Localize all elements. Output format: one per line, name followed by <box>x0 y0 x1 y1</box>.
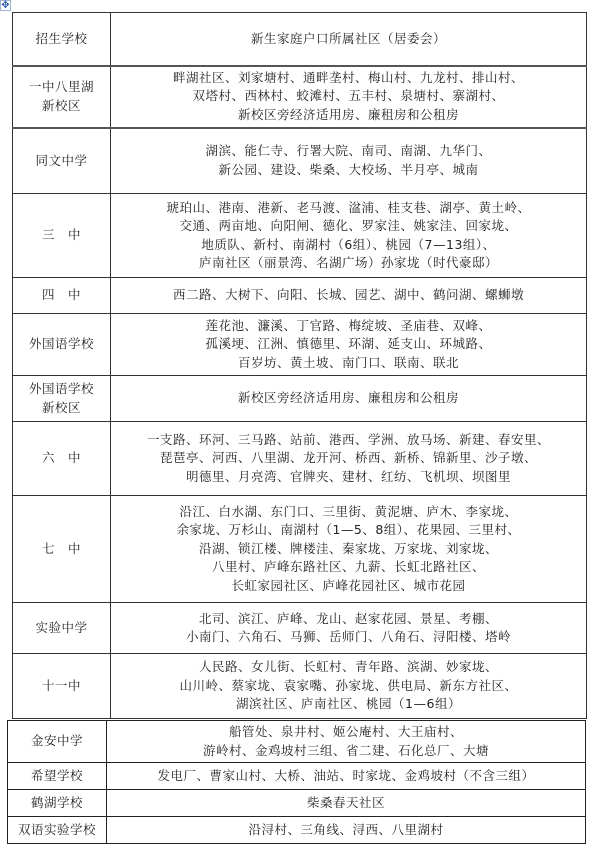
community-list-cell: 沿江、白水湖、东门口、三里街、黄泥塘、庐木、李家垅、余家垅、万杉山、南湖村（1—… <box>111 496 587 603</box>
school-name: 七 中 <box>15 540 108 559</box>
community-line: 明德里、月亮湾、官牌夹、建材、红纺、飞机坝、坝图里 <box>113 468 584 487</box>
community-line: 地质队、新村、南湖村（6组）、桃园（7—13组）、 <box>113 236 584 255</box>
table-row: 七 中沿江、白水湖、东门口、三里街、黄泥塘、庐木、李家垅、余家垅、万杉山、南湖村… <box>13 496 587 603</box>
school-name-cell: 三 中 <box>13 194 111 278</box>
community-line: 湖滨、能仁寺、行署大院、南司、南湖、九华门、 <box>113 142 584 161</box>
community-line: 新校区旁经济适用房、廉租房和公租房 <box>113 389 584 408</box>
community-list-cell: 船管处、泉井村、姬公庵村、大王庙村、游岭村、金鸡坡村三组、省二建、石化总厂、大塘 <box>107 721 586 763</box>
school-name-cell: 外国语学校 <box>13 314 111 376</box>
community-list-cell: 一支路、环河、三马路、站前、港西、学洲、放马场、新建、春安里、琵琶亭、河西、八里… <box>111 422 587 496</box>
community-list-cell: 西二路、大树下、向阳、长城、园艺、湖中、鹤问湖、螺蛳墩 <box>111 278 587 314</box>
school-name-cell: 双语实验学校 <box>8 817 107 844</box>
school-name: 实验中学 <box>15 619 108 638</box>
school-name-cell: 金安中学 <box>8 721 107 763</box>
community-line: 沿湖、锁江楼、牌楼洼、秦家垅、万家垅、刘家垅、 <box>113 540 584 559</box>
community-list-cell: 新校区旁经济适用房、廉租房和公租房 <box>111 376 587 422</box>
community-list-cell: 湖滨、能仁寺、行署大院、南司、南湖、九华门、新公园、建设、柴桑、大校场、半月亭、… <box>111 128 587 194</box>
community-line: 北司、滨江、庐峰、龙山、赵家花园、景星、考棚、 <box>113 610 584 629</box>
community-line: 交通、两亩地、向阳闸、德化、罗家洼、姚家洼、回家垅、 <box>113 217 584 236</box>
school-name: 十一中 <box>15 677 108 696</box>
community-list-cell: 发电厂、曹家山村、大桥、油站、时家垅、金鸡坡村（不含三组） <box>107 763 586 790</box>
community-line: 人民路、女儿街、长虹村、青年路、滨湖、妙家垅、 <box>113 658 584 677</box>
community-list-cell: 琥珀山、港南、港新、老马渡、湓浦、桂支巷、湖亭、黄土岭、交通、两亩地、向阳闸、德… <box>111 194 587 278</box>
community-line: 新公园、建设、柴桑、大校场、半月亭、城南 <box>113 161 584 180</box>
school-name: 鹤湖学校 <box>10 794 104 813</box>
school-name: 新校区 <box>15 97 108 116</box>
table-row: 一中八里湖新校区畔湖社区、刘家塘村、通畔垄村、梅山村、九龙村、排山村、双塔村、西… <box>13 66 587 128</box>
school-name: 四 中 <box>15 286 108 305</box>
school-name: 外国语学校 <box>15 380 108 399</box>
table-row: 十一中人民路、女儿街、长虹村、青年路、滨湖、妙家垅、山川岭、蔡家垅、袁家嘴、孙家… <box>13 654 587 719</box>
school-name: 同文中学 <box>15 152 108 171</box>
table-move-handle-icon[interactable]: ✥ <box>0 0 11 11</box>
community-list-cell: 北司、滨江、庐峰、龙山、赵家花园、景星、考棚、小南门、六角石、马狮、岳师门、八角… <box>111 603 587 654</box>
community-line: 畔湖社区、刘家塘村、通畔垄村、梅山村、九龙村、排山村、 <box>113 69 584 88</box>
school-name: 外国语学校 <box>15 335 108 354</box>
community-line: 孤溪埂、江洲、慎德里、环湖、延支山、环城路、 <box>113 335 584 354</box>
table-header-row: 招生学校 新生家庭户口所属社区（居委会） <box>13 13 587 66</box>
community-line: 新校区旁经济适用房、廉租房和公租房 <box>113 106 584 125</box>
school-name-cell: 四 中 <box>13 278 111 314</box>
community-line: 山川岭、蔡家垅、袁家嘴、孙家垅、供电局、新东方社区、 <box>113 677 584 696</box>
school-name-cell: 外国语学校新校区 <box>13 376 111 422</box>
community-line: 八里村、庐峰东路社区、九薪、长虹北路社区、 <box>113 558 584 577</box>
table-row: 外国语学校莲花池、濂溪、丁官路、梅绽坡、圣庙巷、双峰、孤溪埂、江洲、慎德里、环湖… <box>13 314 587 376</box>
school-name-cell: 鹤湖学校 <box>8 790 107 817</box>
enrollment-table: 招生学校 新生家庭户口所属社区（居委会） 一中八里湖新校区畔湖社区、刘家塘村、通… <box>12 12 587 719</box>
community-line: 双塔村、西林村、蛟滩村、五丰村、泉塘村、寨湖村、 <box>113 87 584 106</box>
community-line: 余家垅、万杉山、南湖村（1—5、8组）、花果园、三里村、 <box>113 521 584 540</box>
community-list-cell: 畔湖社区、刘家塘村、通畔垄村、梅山村、九龙村、排山村、双塔村、西林村、蛟滩村、五… <box>111 66 587 128</box>
community-line: 游岭村、金鸡坡村三组、省二建、石化总厂、大塘 <box>109 742 583 761</box>
community-line: 沿浔村、三角线、浔西、八里湖村 <box>109 821 583 840</box>
school-name: 六 中 <box>15 449 108 468</box>
community-line: 百岁坊、黄土坡、南门口、联南、联北 <box>113 354 584 373</box>
school-name-cell: 同文中学 <box>13 128 111 194</box>
community-line: 琥珀山、港南、港新、老马渡、湓浦、桂支巷、湖亭、黄土岭、 <box>113 199 584 218</box>
community-line: 柴桑春天社区 <box>109 794 583 813</box>
school-name-cell: 七 中 <box>13 496 111 603</box>
community-line: 西二路、大树下、向阳、长城、园艺、湖中、鹤问湖、螺蛳墩 <box>113 286 584 305</box>
community-line: 湖滨社区、庐南社区、桃园（1—6组） <box>113 695 584 714</box>
community-list-cell: 沿浔村、三角线、浔西、八里湖村 <box>107 817 586 844</box>
table-row: 外国语学校新校区新校区旁经济适用房、廉租房和公租房 <box>13 376 587 422</box>
table-row: 三 中琥珀山、港南、港新、老马渡、湓浦、桂支巷、湖亭、黄土岭、交通、两亩地、向阳… <box>13 194 587 278</box>
enrollment-table-continued: 金安中学船管处、泉井村、姬公庵村、大王庙村、游岭村、金鸡坡村三组、省二建、石化总… <box>7 720 586 844</box>
table-row: 六 中一支路、环河、三马路、站前、港西、学洲、放马场、新建、春安里、琵琶亭、河西… <box>13 422 587 496</box>
school-name: 金安中学 <box>10 732 104 751</box>
school-name-cell: 一中八里湖新校区 <box>13 66 111 128</box>
school-name-cell: 实验中学 <box>13 603 111 654</box>
community-line: 莲花池、濂溪、丁官路、梅绽坡、圣庙巷、双峰、 <box>113 317 584 336</box>
community-line: 船管处、泉井村、姬公庵村、大王庙村、 <box>109 723 583 742</box>
community-line: 小南门、六角石、马狮、岳师门、八角石、浔阳楼、塔岭 <box>113 628 584 647</box>
header-school: 招生学校 <box>13 13 111 66</box>
table-row: 实验中学北司、滨江、庐峰、龙山、赵家花园、景星、考棚、小南门、六角石、马狮、岳师… <box>13 603 587 654</box>
table-row: 鹤湖学校柴桑春天社区 <box>8 790 586 817</box>
table-row: 金安中学船管处、泉井村、姬公庵村、大王庙村、游岭村、金鸡坡村三组、省二建、石化总… <box>8 721 586 763</box>
community-list-cell: 柴桑春天社区 <box>107 790 586 817</box>
school-name: 双语实验学校 <box>10 821 104 840</box>
community-line: 沿江、白水湖、东门口、三里街、黄泥塘、庐木、李家垅、 <box>113 503 584 522</box>
table-row: 同文中学湖滨、能仁寺、行署大院、南司、南湖、九华门、新公园、建设、柴桑、大校场、… <box>13 128 587 194</box>
community-list-cell: 莲花池、濂溪、丁官路、梅绽坡、圣庙巷、双峰、孤溪埂、江洲、慎德里、环湖、延支山、… <box>111 314 587 376</box>
table-row: 希望学校发电厂、曹家山村、大桥、油站、时家垅、金鸡坡村（不含三组） <box>8 763 586 790</box>
school-name: 新校区 <box>15 399 108 418</box>
table-row: 双语实验学校沿浔村、三角线、浔西、八里湖村 <box>8 817 586 844</box>
community-line: 发电厂、曹家山村、大桥、油站、时家垅、金鸡坡村（不含三组） <box>109 767 583 786</box>
school-name-cell: 十一中 <box>13 654 111 719</box>
community-line: 长虹家园社区、庐峰花园社区、城市花园 <box>113 577 584 596</box>
community-line: 一支路、环河、三马路、站前、港西、学洲、放马场、新建、春安里、 <box>113 431 584 450</box>
school-name-cell: 六 中 <box>13 422 111 496</box>
school-name: 一中八里湖 <box>15 78 108 97</box>
table-row: 四 中西二路、大树下、向阳、长城、园艺、湖中、鹤问湖、螺蛳墩 <box>13 278 587 314</box>
school-name: 希望学校 <box>10 767 104 786</box>
school-name-cell: 希望学校 <box>8 763 107 790</box>
community-line: 庐南社区（丽景湾、名湖广场）孙家垅（时代豪邸） <box>113 254 584 273</box>
header-community: 新生家庭户口所属社区（居委会） <box>111 13 587 66</box>
community-list-cell: 人民路、女儿街、长虹村、青年路、滨湖、妙家垅、山川岭、蔡家垅、袁家嘴、孙家垅、供… <box>111 654 587 719</box>
community-line: 琵琶亭、河西、八里湖、龙开河、桥西、新桥、锦新里、沙子墩、 <box>113 449 584 468</box>
school-name: 三 中 <box>15 226 108 245</box>
